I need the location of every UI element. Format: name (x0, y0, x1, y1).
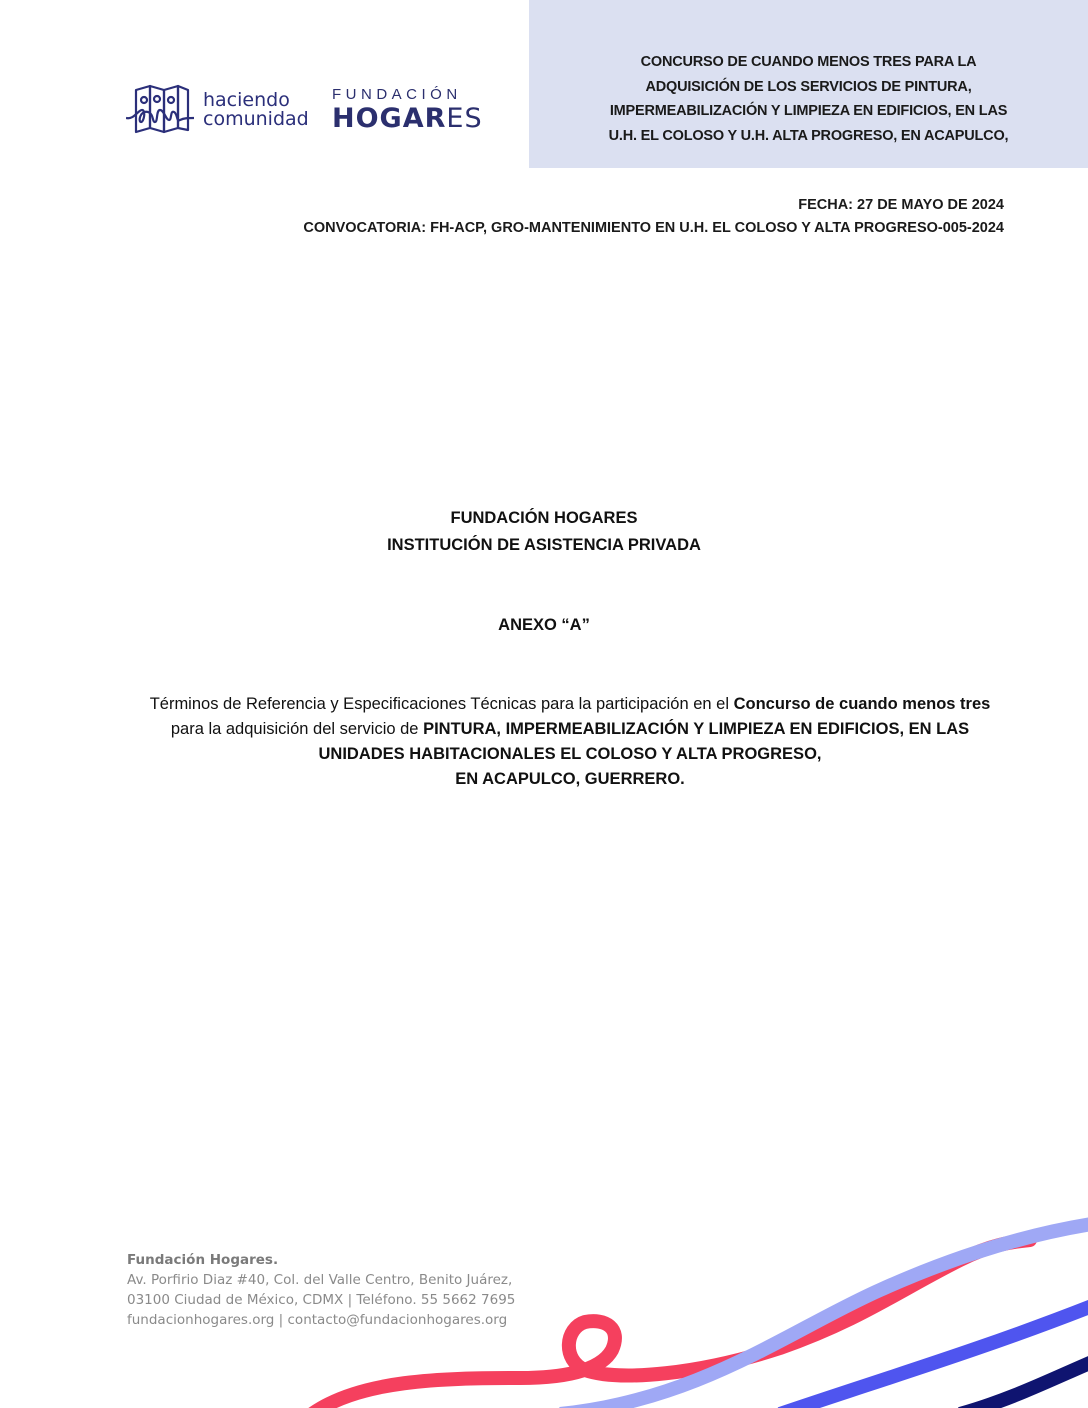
header-title-line: ADQUISICIÓN DE LOS SERVICIOS DE PINTURA, (529, 75, 1088, 100)
header-title-line: CONCURSO DE CUANDO MENOS TRES PARA LA (529, 50, 1088, 75)
convocatoria-line: CONVOCATORIA: FH-ACP, GRO-MANTENIMIENTO … (303, 217, 1004, 240)
organization-block: FUNDACIÓN HOGARES INSTITUCIÓN DE ASISTEN… (0, 505, 1088, 559)
logo-fundacion-text: FUNDACIÓN (332, 86, 483, 104)
haciendo-comunidad-logo: haciendo comunidad (126, 84, 316, 136)
organization-type: INSTITUCIÓN DE ASISTENCIA PRIVADA (0, 532, 1088, 559)
header-title-line: IMPERMEABILIZACIÓN Y LIMPIEZA EN EDIFICI… (529, 99, 1088, 124)
folded-map-people-icon (126, 84, 196, 136)
terms-bold-contest: Concurso de cuando menos tres (734, 695, 991, 713)
header-panel: CONCURSO DE CUANDO MENOS TRES PARA LA AD… (529, 0, 1088, 168)
date-line: FECHA: 27 DE MAYO DE 2024 (303, 194, 1004, 217)
annex-title: ANEXO “A” (0, 612, 1088, 639)
logo-hogares-bold: HOGAR (332, 103, 446, 134)
terms-text: para la adquisición del servicio de (171, 720, 423, 738)
haciendo-comunidad-wordmark: haciendo comunidad (203, 91, 309, 129)
logo-hogares-light: ES (446, 103, 482, 134)
ribbon-navy (960, 1362, 1088, 1408)
terms-paragraph: Términos de Referencia y Especificacione… (140, 692, 1000, 792)
decorative-ribbons (0, 1200, 1088, 1408)
terms-bold-location: EN ACAPULCO, GUERRERO. (455, 770, 685, 788)
header-title-line: U.H. EL COLOSO Y U.H. ALTA PROGRESO, EN … (529, 124, 1088, 149)
organization-name: FUNDACIÓN HOGARES (0, 505, 1088, 532)
fundacion-hogares-logo: FUNDACIÓN HOGARES (332, 86, 483, 134)
terms-text: Términos de Referencia y Especificacione… (150, 695, 734, 713)
logo-text-line2: comunidad (203, 110, 309, 129)
document-meta: FECHA: 27 DE MAYO DE 2024 CONVOCATORIA: … (303, 194, 1004, 240)
document-header-title: CONCURSO DE CUANDO MENOS TRES PARA LA AD… (529, 50, 1088, 148)
logo-hogares-text: HOGARES (332, 104, 483, 134)
